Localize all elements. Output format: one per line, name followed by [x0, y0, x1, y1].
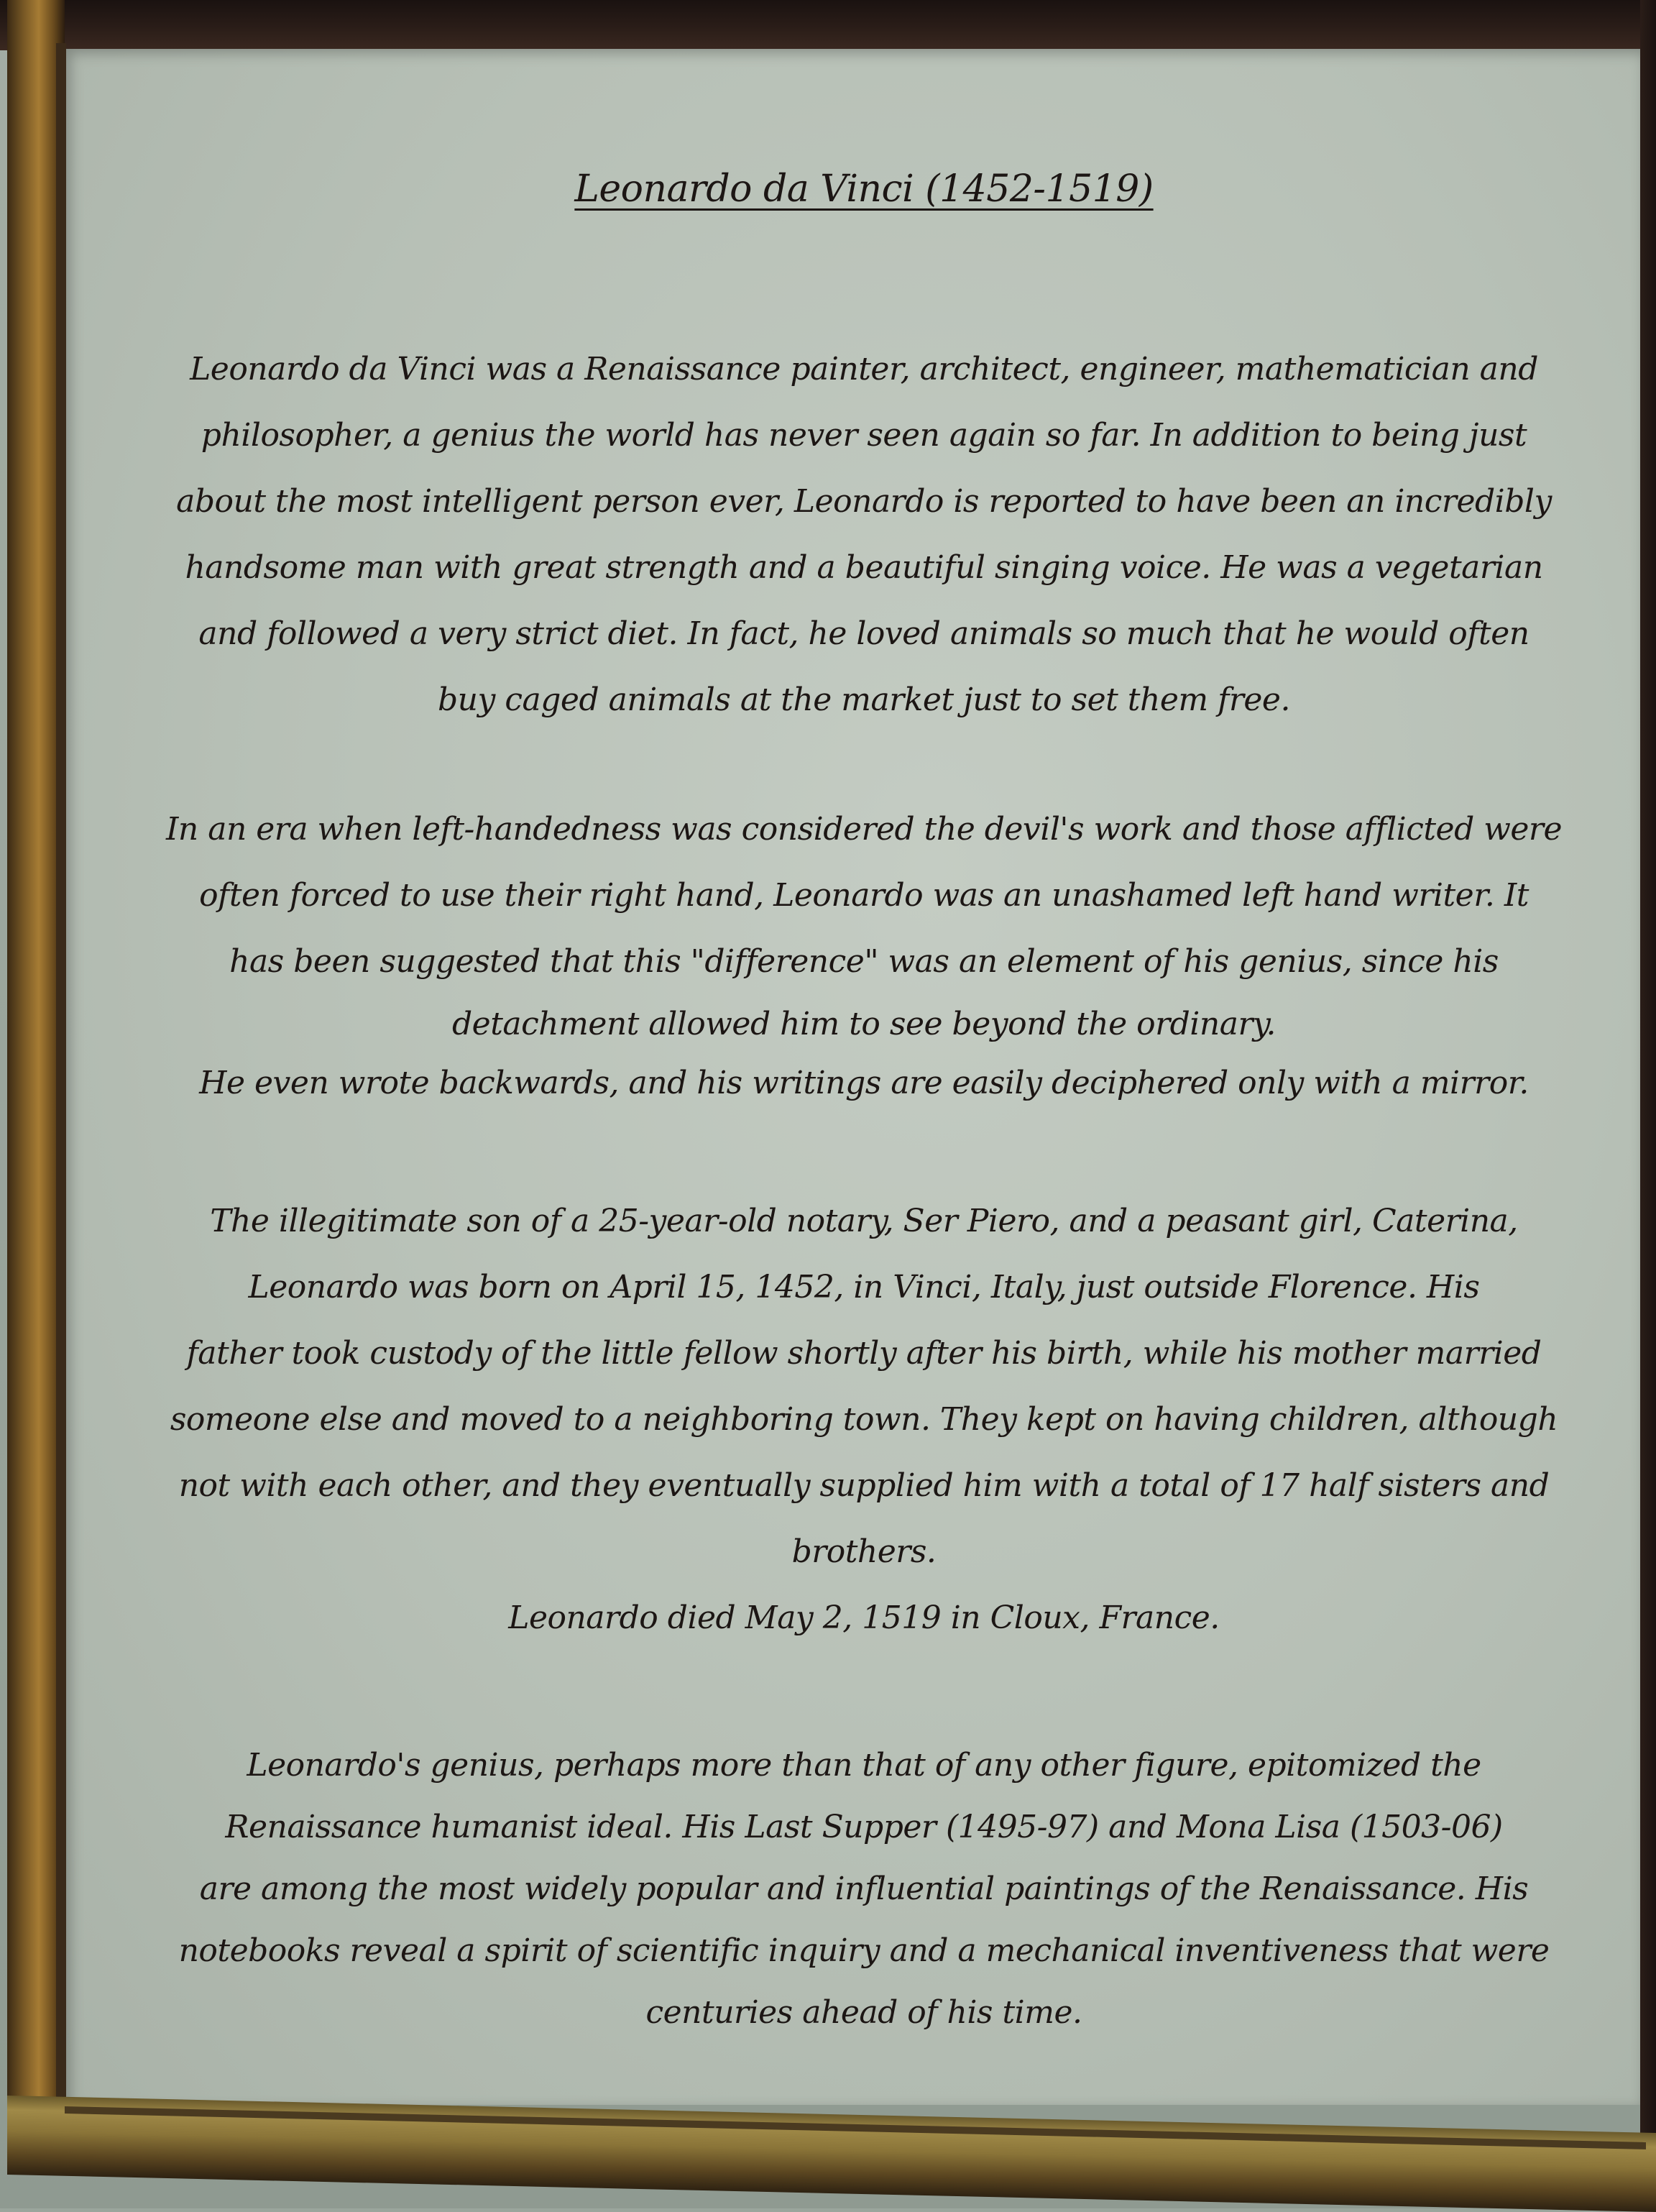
frame-left-inner-lip — [56, 43, 66, 2114]
death-line: Leonardo died May 2, 1519 in Cloux, Fran… — [145, 1585, 1583, 1651]
frame-top-edge — [0, 0, 1656, 50]
paragraph-line: and followed a very strict diet. In fact… — [145, 601, 1583, 667]
document-paper: Leonardo da Vinci (1452-1519) Leonardo d… — [66, 49, 1640, 2105]
paragraph-left-handedness: In an era when left-handedness was consi… — [145, 797, 1583, 1113]
paragraph-line: has been suggested that this "difference… — [145, 929, 1583, 995]
paragraph-line: buy caged animals at the market just to … — [145, 667, 1583, 733]
paragraph-line: Leonardo was born on April 15, 1452, in … — [145, 1254, 1583, 1321]
paragraph-line: notebooks reveal a spirit of scientific … — [145, 1920, 1583, 1982]
frame-right-edge — [1640, 0, 1656, 2208]
document-title-text: Leonardo da Vinci (1452-1519) — [574, 167, 1153, 211]
paragraph-line: Renaissance humanist ideal. His Last Sup… — [145, 1796, 1583, 1858]
paragraph-line: Leonardo da Vinci was a Renaissance pain… — [145, 336, 1583, 403]
paragraph-line: philosopher, a genius the world has neve… — [145, 403, 1583, 469]
paragraph-birth-and-family: The illegitimate son of a 25-year-old no… — [145, 1188, 1583, 1651]
paragraph-line: The illegitimate son of a 25-year-old no… — [145, 1188, 1583, 1254]
paragraph-line: brothers. — [145, 1519, 1583, 1585]
paragraph-line: are among the most widely popular and in… — [145, 1858, 1583, 1920]
paragraph-line: Leonardo's genius, perhaps more than tha… — [145, 1735, 1583, 1796]
paragraph-line: In an era when left-handedness was consi… — [145, 797, 1583, 863]
paragraph-line: about the most intelligent person ever, … — [145, 469, 1583, 535]
paragraph-line: He even wrote backwards, and his writing… — [145, 1054, 1583, 1113]
paragraph-line: often forced to use their right hand, Le… — [145, 863, 1583, 929]
paragraph-biography-intro: Leonardo da Vinci was a Renaissance pain… — [145, 336, 1583, 733]
paragraph-line: handsome man with great strength and a b… — [145, 535, 1583, 601]
paragraph-line: centuries ahead of his time. — [145, 1982, 1583, 2044]
paragraph-line: father took custody of the little fellow… — [145, 1321, 1583, 1387]
paragraph-legacy: Leonardo's genius, perhaps more than tha… — [145, 1735, 1583, 2044]
paragraph-line: detachment allowed him to see beyond the… — [145, 995, 1583, 1054]
paragraph-line: not with each other, and they eventually… — [145, 1453, 1583, 1519]
document-title: Leonardo da Vinci (1452-1519) — [145, 164, 1583, 214]
paragraph-line: someone else and moved to a neighboring … — [145, 1387, 1583, 1453]
